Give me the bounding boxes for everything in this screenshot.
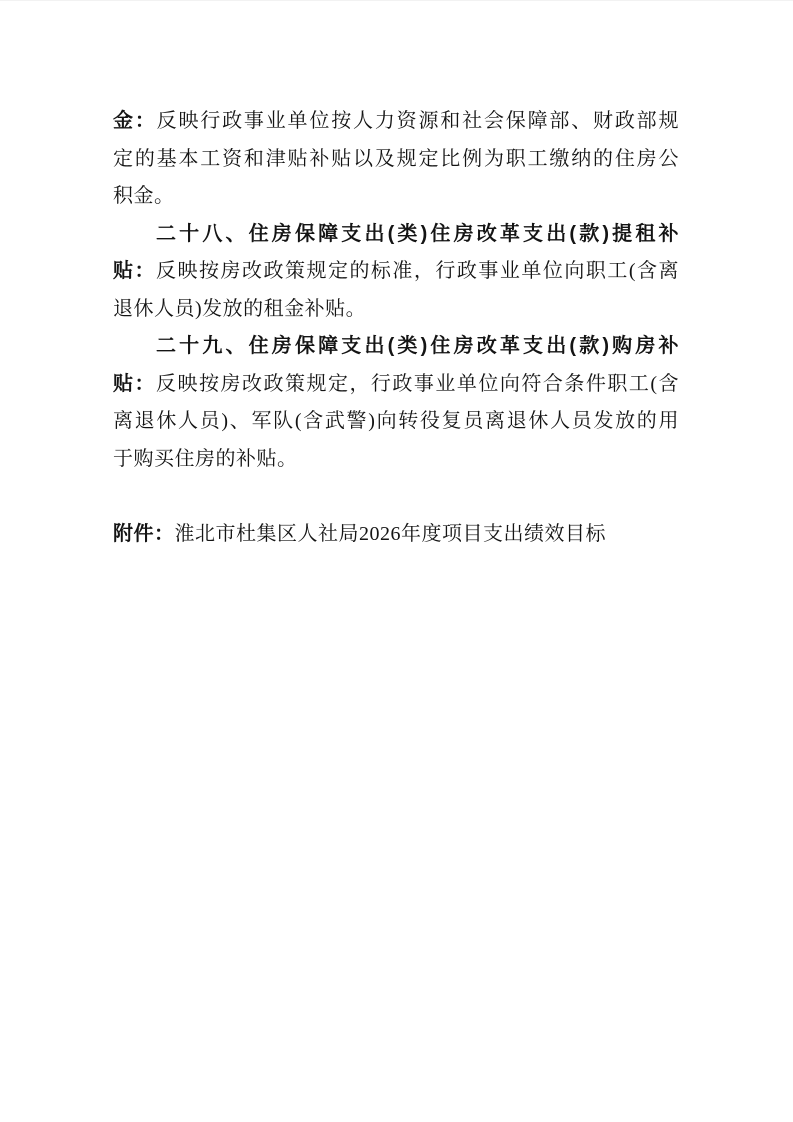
- document-body: 金：反映行政事业单位按人力资源和社会保障部、财政部规 定的基本工资和津贴补贴以及…: [113, 103, 679, 553]
- paragraph-3-line-3: 离退休人员)、军队(含武警)向转役复员离退休人员发放的用: [113, 403, 679, 441]
- paragraph-1-line-1: 金：反映行政事业单位按人力资源和社会保障部、财政部规: [113, 103, 679, 141]
- paragraph-2-text-run: 退休人员)发放的租金补贴。: [113, 298, 366, 320]
- paragraph-3-text-run: 反映按房改政策规定，行政事业单位向符合条件职工(含: [156, 373, 679, 395]
- paragraph-1-bold-run: 金：: [113, 110, 157, 132]
- attachment-title: 淮北市杜集区人社局2026年度项目支出绩效目标: [175, 523, 607, 545]
- paragraph-2-line-1: 二十八、住房保障支出(类)住房改革支出(款)提租补: [113, 216, 679, 254]
- paragraph-3-line-4: 于购买住房的补贴。: [113, 441, 679, 479]
- paragraph-3-text-run: 于购买住房的补贴。: [113, 448, 298, 470]
- paragraph-3-heading-run: 二十九、住房保障支出(类)住房改革支出(款)购房补: [156, 335, 679, 357]
- paragraph-1-text-run: 反映行政事业单位按人力资源和社会保障部、财政部规: [157, 110, 679, 132]
- paragraph-2-bold-run: 贴：: [113, 260, 156, 282]
- paragraph-1-text-run: 积金。: [113, 185, 175, 207]
- paragraph-1-text-run: 定的基本工资和津贴补贴以及规定比例为职工缴纳的住房公: [113, 148, 679, 170]
- attachment-line: 附件：淮北市杜集区人社局2026年度项目支出绩效目标: [113, 516, 679, 554]
- paragraph-2-line-2: 贴：反映按房改政策规定的标准，行政事业单位向职工(含离: [113, 253, 679, 291]
- paragraph-3-line-2: 贴：反映按房改政策规定，行政事业单位向符合条件职工(含: [113, 366, 679, 404]
- paragraph-2-text-run: 反映按房改政策规定的标准，行政事业单位向职工(含离: [156, 260, 679, 282]
- paragraph-3-line-1: 二十九、住房保障支出(类)住房改革支出(款)购房补: [113, 328, 679, 366]
- paragraph-1-line-3: 积金。: [113, 178, 679, 216]
- paragraph-3-text-run: 离退休人员)、军队(含武警)向转役复员离退休人员发放的用: [113, 410, 679, 432]
- paragraph-2-line-3: 退休人员)发放的租金补贴。: [113, 291, 679, 329]
- document-page: 金：反映行政事业单位按人力资源和社会保障部、财政部规 定的基本工资和津贴补贴以及…: [0, 0, 793, 1122]
- attachment-label: 附件：: [113, 523, 175, 545]
- paragraph-3-bold-run: 贴：: [113, 373, 156, 395]
- paragraph-2-heading-run: 二十八、住房保障支出(类)住房改革支出(款)提租补: [156, 223, 679, 245]
- paragraph-1-line-2: 定的基本工资和津贴补贴以及规定比例为职工缴纳的住房公: [113, 141, 679, 179]
